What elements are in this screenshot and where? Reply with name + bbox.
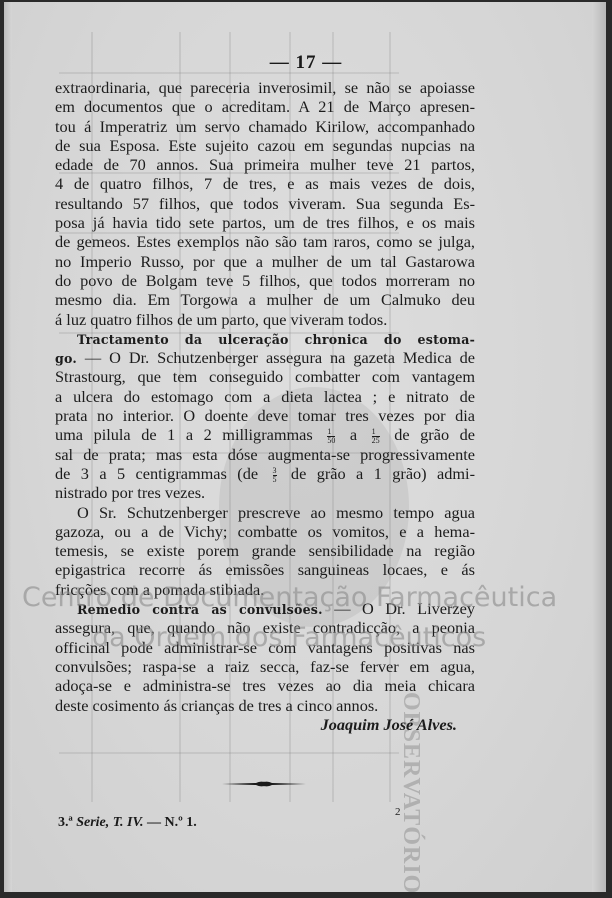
text-line: O Sr. Schutzenberger prescreve ao mesmo … <box>55 503 475 522</box>
text-span: uma pilula de 1 a 2 milligrammas <box>55 425 313 444</box>
text-span: de grão de <box>394 425 475 444</box>
fraction-denominator: 50 <box>327 437 335 445</box>
text-line: edade de 70 annos. Sua primeira mulher t… <box>55 155 475 174</box>
rubric-title-end: go. <box>55 351 77 366</box>
text-line: em documentos que o acreditam. A 21 de M… <box>55 97 475 116</box>
text-line: tou á Imperatriz um servo chamado Kirilo… <box>55 117 475 136</box>
text-line: go. — O Dr. Schutzenberger assegura na g… <box>55 348 475 367</box>
page-right-edge <box>592 2 606 892</box>
watermark-line-2: da Ordem dos Farmacêuticos <box>92 622 612 653</box>
ornamental-rule-icon <box>222 780 306 788</box>
page-left-edge <box>4 2 12 892</box>
text-span: de 3 a 5 centigrammas (de <box>55 464 258 483</box>
text-line: convulsões; raspa-se a raiz secca, faz-s… <box>55 657 475 676</box>
text-line: nistrado por tres vezes. <box>55 483 475 502</box>
author-signature: Joaquim José Alves. <box>55 715 475 735</box>
text-line: de gemeos. Estes exemplos não são tam ra… <box>55 232 475 251</box>
text-line-with-fraction: de 3 a 5 centigrammas (de 35 de grão a 1… <box>55 464 475 483</box>
text-line: Strastourg, que tem conseguido combatter… <box>55 367 475 386</box>
issue-number: — N.º 1. <box>147 815 197 830</box>
text-line: do povo de Bolgam teve 5 filhos, que tod… <box>55 271 475 290</box>
text-line: prata no interior. O doente deve tomar t… <box>55 406 475 425</box>
text-line: gazoza, ou a de Vichy; combatte os vomit… <box>55 522 475 541</box>
text-line: sal de prata; mas esta dóse augmenta-se … <box>55 445 475 464</box>
page-number-header: — 17 — <box>0 52 612 74</box>
text-line: extraordinaria, que pareceria inverosimi… <box>55 78 475 97</box>
fraction: 35 <box>273 467 277 484</box>
text-line: resultando 57 filhos, que todos viveram.… <box>55 194 475 213</box>
text-line: deste cosimento ás crianças de tres a ci… <box>55 696 475 715</box>
series-label: Serie, T. IV. <box>76 815 143 830</box>
text-line: epigastrica recorre ás emissões sanguine… <box>55 560 475 579</box>
text-line: temesis, se existe porem grande sensibil… <box>55 541 475 560</box>
text-span: de grão a 1 grão) admi- <box>291 464 475 483</box>
text-line: 4 de quatro filhos, 7 de tres, e as mais… <box>55 174 475 193</box>
text-line: no Imperio Russo, por que a mulher de um… <box>55 252 475 271</box>
watermark-line-1: Centro de Documentação Farmacêutica <box>22 582 612 613</box>
text-line: de sua Esposa. Este sujeito cazou em seg… <box>55 136 475 155</box>
text-line-with-fractions: uma pilula de 1 a 2 milligrammas 150 a 1… <box>55 425 475 444</box>
fraction-denominator: 5 <box>273 476 277 484</box>
text-line: á luz quatro filhos de um parto, que viv… <box>55 310 475 329</box>
rubric-title: Tractamento da ulceração chronica do est… <box>77 332 475 347</box>
text-line: mesmo dia. Em Torgowa a mulher de um Cal… <box>55 290 475 309</box>
series-number: 3.ª <box>58 815 73 830</box>
fraction-denominator: 25 <box>372 437 380 445</box>
text-line: posa já havia tido sete partos, um de tr… <box>55 213 475 232</box>
text-line: a ulcera do estomago com a dieta lactea … <box>55 387 475 406</box>
text-span: — O Dr. Schutzenberger assegura na gazet… <box>77 348 475 367</box>
fraction: 125 <box>372 428 380 445</box>
text-line: adoça-se e administra-se tres vezes ao d… <box>55 676 475 695</box>
issue-footer: 3.ª Serie, T. IV. — N.º 1. <box>58 815 197 831</box>
text-span: a <box>350 425 357 444</box>
section-heading-ulcer: Tractamento da ulceração chronica do est… <box>55 329 475 348</box>
fraction: 150 <box>327 428 335 445</box>
signature-mark: 2 <box>395 806 401 818</box>
